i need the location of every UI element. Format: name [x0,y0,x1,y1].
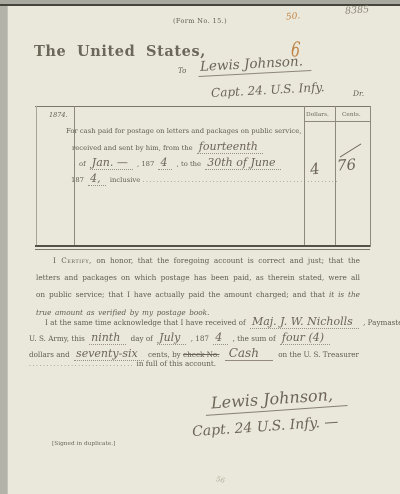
table-rule-bottom-thin [35,249,370,250]
charge-text: 187 [71,176,84,184]
ack-text: , Paymaster [363,318,400,327]
pencil-number-annotation: 8385 [345,4,370,17]
charge-text: of [79,160,86,168]
to-date-field: 30th of June [205,156,280,170]
charge-text: For cash paid for postage on letters and… [66,127,301,135]
table-rule-money-header [304,121,370,122]
orange-number-annotation: 50. [286,11,301,22]
scan-edge-top-line [0,4,400,6]
charge-text: , 187 [137,160,154,168]
scan-edge-left-highlight [7,6,8,494]
month-field: July [157,331,186,345]
cents-column-header: Cents. [342,112,361,118]
ack-text: on the U. S. Treasurer [278,350,359,359]
table-vline-right [370,106,371,247]
year-digit-field: 4 [213,331,228,345]
payee-rank-handwritten: Capt. 24. U.S. Infy. [211,80,325,100]
ack-text: cents, by [148,350,181,359]
table-rule-bottom-heavy [35,245,370,247]
scanned-postage-voucher: (Form No. 15.) 50. 8385 6 The United Sta… [0,0,400,494]
paymaster-name-field: Maj. J. W. Nicholls [250,315,359,329]
table-year-header: 1874. [49,111,68,119]
ack-text: day of [131,334,153,343]
acknowledge-line2: U. S. Army, this ninth day of July , 187… [29,331,377,344]
payee-name-handwritten: Lewis Johnson. [198,53,312,77]
charge-text: received and sent by him, from the [72,144,193,152]
debtor-label: Dr. [353,89,364,98]
dotted-leader: ........................................… [142,177,338,184]
charge-description-line2: received and sent by him, from the fourt… [72,140,265,153]
ack-text: , 187 [191,334,209,343]
ack-text: I at the same time acknowledge that I ha… [45,318,246,327]
table-rule-top [35,106,370,107]
amount-dollars: 4 [309,159,321,178]
faint-bottom-mark: 56 [215,475,226,485]
signature-rank: Capt. 24 U.S. Infy. — [192,414,339,440]
ack-text: dollars and [29,350,70,359]
ack-text: U. S. Army, this [29,334,85,343]
acknowledge-line3: dollars and seventy-six cents, by check … [29,346,377,360]
from-month-field: Jan. — [90,156,133,170]
charge-description-line3: of Jan. — , 187 4 , to the 30th of June [79,156,283,169]
amount-cents: 76 [336,155,356,174]
dollars-column-header: Dollars. [306,112,329,118]
sum-words-field: four (4) [280,331,330,345]
charge-description-line1: For cash paid for postage on letters and… [66,127,301,135]
certification-paragraph: I Certify, on honor, that the foregoing … [36,252,360,321]
table-vline-left [36,106,37,247]
from-day-field: fourteenth [197,140,263,154]
to-year-digit: 4, [88,172,106,186]
signed-in-duplicate-note: [Signed in duplicate.] [52,441,115,447]
scan-edge-left [0,6,7,494]
charge-description-line4: 187 4, inclusive .......................… [71,172,339,185]
day-field: ninth [89,331,126,345]
form-number: (Form No. 15.) [0,17,400,25]
blank-dotted-line: .............................. [29,361,134,368]
acknowledge-line1: I at the same time acknowledge that I ha… [29,315,377,328]
to-label: To [178,67,186,75]
ack-text: in full of this account. [137,359,217,368]
charge-text: , to the [177,160,201,168]
struck-check-no: check No. [183,350,219,359]
document-title: The United States, [34,43,206,60]
from-year-digit: 4 [158,156,172,170]
acknowledge-line4: .............................. in full o… [29,359,377,368]
charge-text: inclusive [110,176,140,184]
certify-lead: I Certify, [53,256,92,265]
signature-name: Lewis Johnson, [204,384,347,416]
ack-text: , the sum of [233,334,276,343]
